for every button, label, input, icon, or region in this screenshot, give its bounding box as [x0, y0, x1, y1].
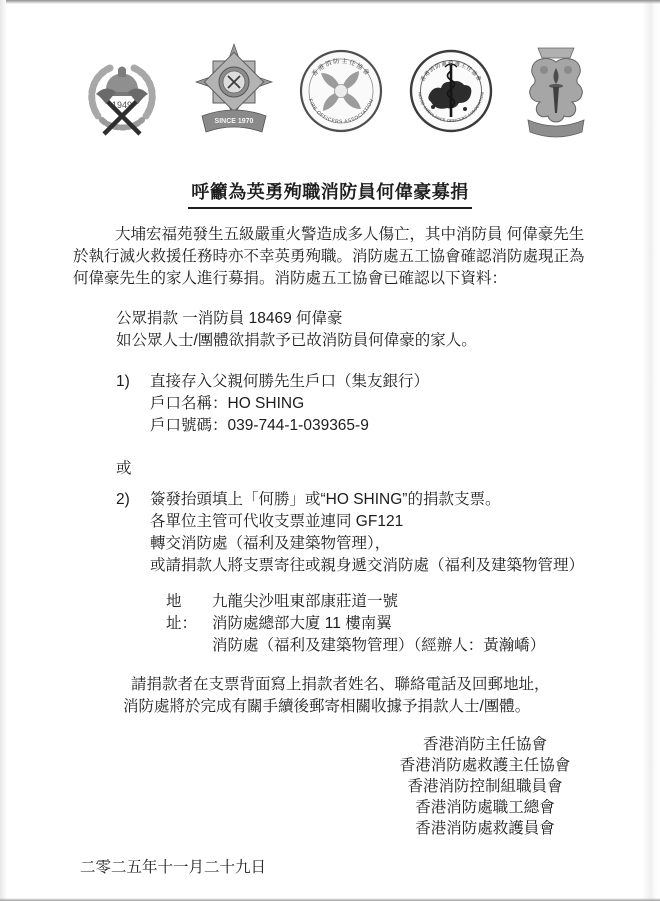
method-2-cheque: 2) 簽發抬頭填上「何勝」或“HO SHING”的捐款支票。 各單位主管可代收支… — [116, 489, 584, 577]
signatory: 香港消防控制組職員會 — [375, 776, 595, 797]
or-separator: 或 — [116, 458, 132, 480]
mailing-address-block: 地址： 九龍尖沙咀東部康莊道一號 消防處總部大廈 11 樓南翼 消防處（福利及建… — [166, 591, 545, 657]
address-line: 消防處總部大廈 11 樓南翼 — [212, 613, 545, 635]
address-line: 九龍尖沙咀東部康莊道一號 — [212, 591, 545, 613]
address-label: 地址： — [166, 591, 212, 657]
photo-edge-top — [6, 0, 660, 4]
intro-line: 何偉豪先生的家人進行募捐。消防處五工協會已確認以下資料： — [73, 268, 593, 290]
account-name-line: 戶口名稱：HO SHING — [150, 393, 429, 415]
intro-line: 大埔宏福苑發生五級嚴重火警造成多人傷亡，其中消防員 何偉豪先生 — [73, 224, 593, 246]
cheque-payee-line: 簽發抬頭填上「何勝」或“HO SHING”的捐款支票。 — [150, 489, 584, 511]
torch-crest-emblem-icon — [518, 42, 594, 140]
address-line: 消防處（福利及建築物管理）（經辦人：黃瀚嶠） — [212, 635, 545, 657]
fire-officers-association-seal-icon: 香港消防主任協會 FIRE OFFICERS ASSOCIATION — [299, 49, 383, 133]
public-donation-info: 公眾捐款 一消防員 18469 何偉豪 如公眾人士/團體欲捐款予已故消防員何偉豪… — [116, 308, 477, 352]
scanned-letter-page: 1949 — [0, 0, 660, 901]
signatory: 香港消防處職工總會 — [375, 797, 595, 818]
cheque-forward-line: 轉交消防處（福利及建築物管理）， — [150, 533, 584, 555]
donation-fund-line: 公眾捐款 一消防員 18469 何偉豪 — [116, 308, 477, 330]
cheque-mail-line: 或請捐款人將支票寄往或親身遞交消防處（福利及建築物管理） — [150, 555, 584, 577]
association-emblems-row: 1949 — [76, 42, 594, 140]
letter-title: 呼籲為英勇殉職消防員何偉豪募捐 — [188, 178, 472, 209]
cheque-gf121-line: 各單位主管可代收支票並連同 GF121 — [150, 511, 584, 533]
letter-date: 二零二五年十一月二十九日 — [80, 857, 266, 879]
receipt-note-paragraph: 請捐款者在支票背面寫上捐款者姓名、聯絡電話及回郵地址， 消防處將於完成有關手續後… — [123, 674, 550, 718]
intro-paragraph: 大埔宏福苑發生五級嚴重火警造成多人傷亡，其中消防員 何偉豪先生 於執行滅火救援任… — [73, 224, 593, 290]
star-badge-since-1970-emblem-icon: SINCE 1970 — [194, 42, 274, 140]
title-row: 呼籲為英勇殉職消防員何偉豪募捐 — [0, 178, 660, 209]
ambulance-officers-association-seal-icon: 香港消防處救護主任協會 HKFSD AMBULANCE OFFICERS ASS… — [409, 49, 493, 133]
emblem-ribbon-text: SINCE 1970 — [214, 118, 253, 125]
note-line: 請捐款者在支票背面寫上捐款者姓名、聯絡電話及回郵地址， — [123, 674, 550, 696]
intro-line: 於執行滅火救援任務時亦不幸英勇殉職。消防處五工協會確認消防處現正為 — [73, 246, 593, 268]
signatory: 香港消防處救護員會 — [375, 818, 595, 839]
account-number-line: 戶口號碼：039-744-1-039365-9 — [150, 415, 429, 437]
note-line: 消防處將於完成有關手續後郵寄相關收據予捐款人士/團體。 — [123, 696, 550, 718]
signatory: 香港消防處救護主任協會 — [375, 755, 595, 776]
fire-helmet-crossed-axes-emblem-icon: 1949 — [76, 42, 168, 140]
signatory-associations: 香港消防主任協會 香港消防處救護主任協會 香港消防控制組職員會 香港消防處職工總… — [375, 734, 595, 839]
signatory: 香港消防主任協會 — [375, 734, 595, 755]
method-1-title: 直接存入父親何勝先生戶口（集友銀行） — [150, 371, 429, 393]
method-1-bank-deposit: 1) 直接存入父親何勝先生戶口（集友銀行） 戶口名稱：HO SHING 戶口號碼… — [116, 371, 429, 437]
list-number: 1) — [116, 371, 150, 437]
list-number: 2) — [116, 489, 150, 577]
donation-target-line: 如公眾人士/團體欲捐款予已故消防員何偉豪的家人。 — [116, 330, 477, 352]
